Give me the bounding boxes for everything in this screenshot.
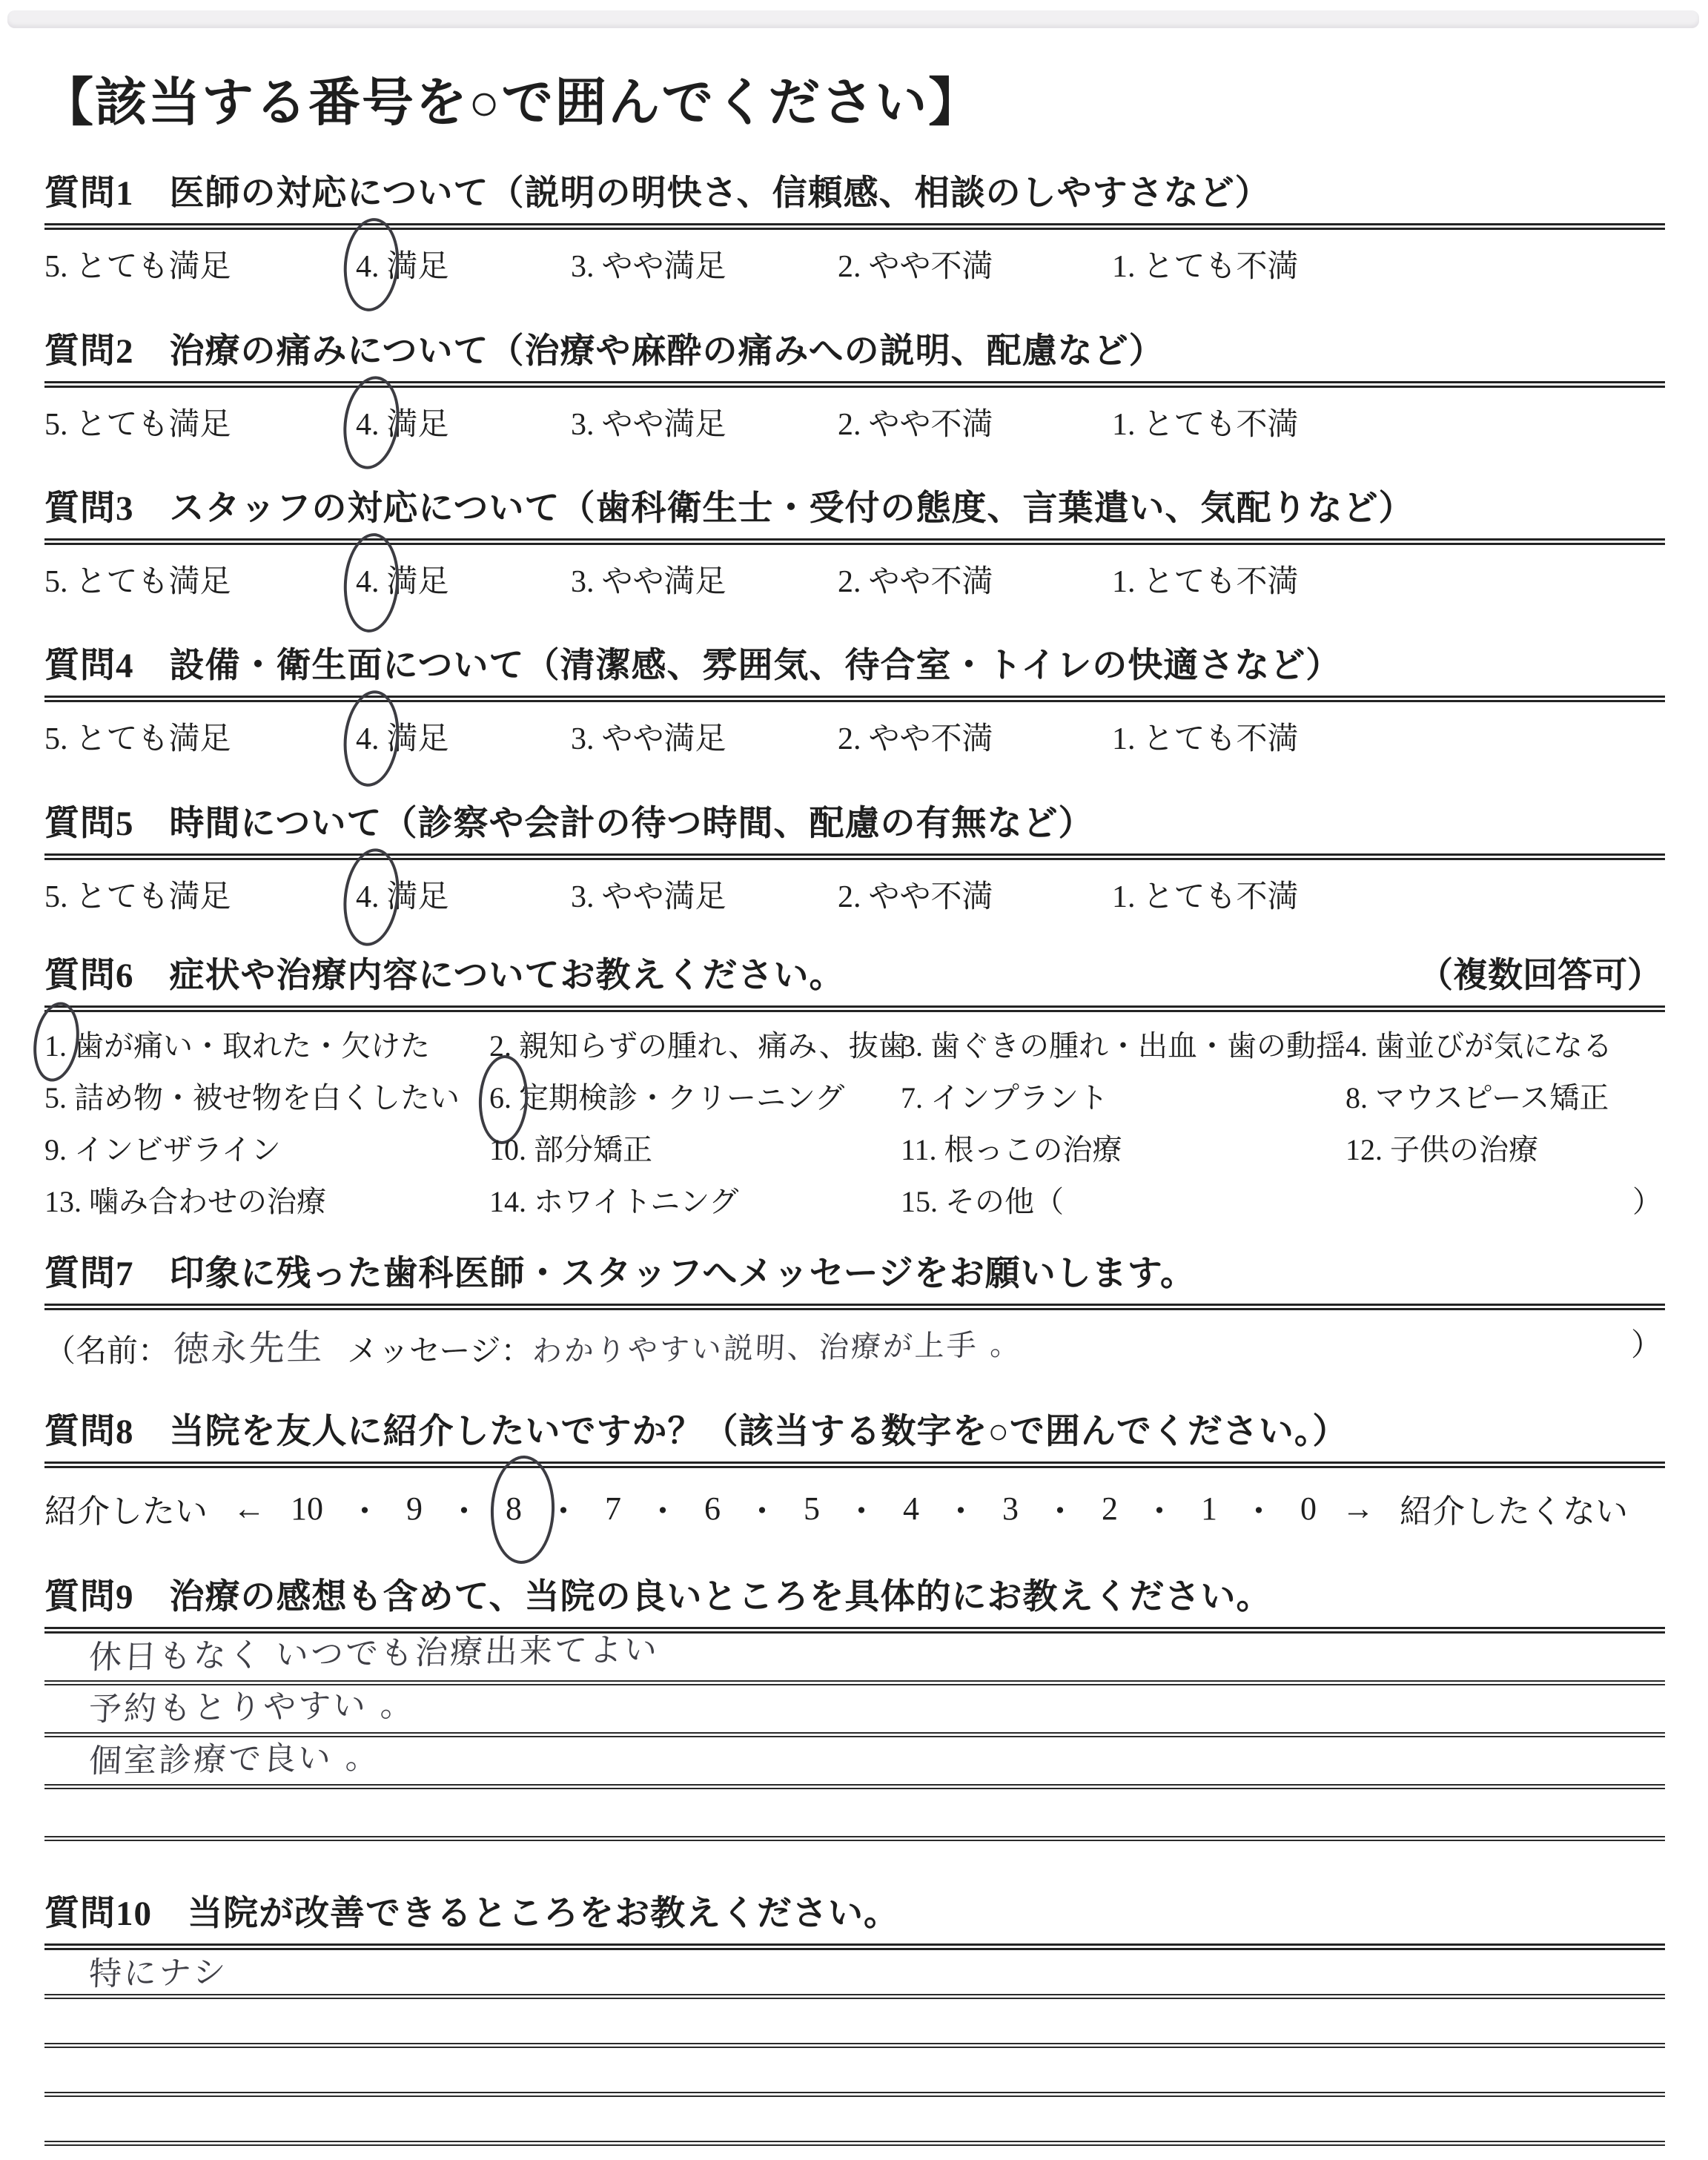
- question-6-note: （複数回答可）: [1418, 955, 1662, 997]
- option-label: とても不満: [1143, 408, 1299, 442]
- q9-handwriting-2: 予約もとりやすい 。: [88, 1681, 416, 1734]
- separator-line: [44, 538, 1665, 545]
- option-number: 1.: [1112, 250, 1136, 284]
- q7-message-handwriting: わかりやすい説明、治療が上手 。: [531, 1321, 1022, 1370]
- dot-separator: ・: [646, 1484, 679, 1532]
- q8-number-6: 6: [704, 1490, 721, 1527]
- option-number: 1.: [1112, 408, 1136, 442]
- dot-separator: ・: [1044, 1484, 1076, 1532]
- option-1: 1.とても不満: [1112, 714, 1299, 759]
- dot-separator: ・: [845, 1484, 878, 1532]
- option-label: とても満足: [76, 250, 231, 284]
- option-3: 3.やや満足: [571, 400, 726, 444]
- option-number: 6.: [489, 1081, 512, 1114]
- q8-number-7: 7: [605, 1490, 621, 1527]
- q8-number-10: 10: [291, 1490, 323, 1527]
- option-4-circled: 4.満足: [356, 714, 449, 759]
- q6-option-13: 13.噛み合わせの治療: [44, 1178, 326, 1221]
- option-label: とても不満: [1143, 880, 1299, 914]
- option-number: 15.: [901, 1185, 938, 1218]
- q6-option-1-circled: 1.歯が痛い・取れた・欠けた: [44, 1023, 430, 1065]
- q6-option-6-circled: 6.定期検診・クリーニング: [489, 1074, 844, 1117]
- option-number: 5.: [44, 1081, 67, 1114]
- question-6-options: 1.歯が痛い・取れた・欠けた 2.親知らずの腫れ、痛み、抜歯 3.歯ぐきの腫れ・…: [44, 1023, 1665, 1230]
- option-number: 4.: [356, 408, 380, 442]
- option-number: 4.: [356, 722, 380, 756]
- option-label: 満足: [387, 408, 449, 442]
- q8-number-5: 5: [804, 1490, 820, 1527]
- q9-answer-line-3: 個室診療で良い 。: [44, 1737, 1665, 1789]
- question-7: 質問7 印象に残った歯科医師・スタッフへメッセージをお願いします。 （名前：徳永…: [44, 1253, 1665, 1373]
- q6-option-5: 5.詰め物・被せ物を白くしたい: [44, 1074, 460, 1117]
- option-4-circled: 4.満足: [356, 872, 449, 916]
- option-number: 13.: [44, 1185, 82, 1218]
- dot-separator: ・: [348, 1484, 381, 1532]
- option-label: やや不満: [869, 722, 993, 756]
- option-number: 7.: [901, 1081, 923, 1114]
- separator-line: [44, 1005, 1665, 1012]
- question-8-scale: 紹介したい ← 10 ・ 9 ・ 8 ・ 7 ・ 6 ・ 5 ・ 4 ・ 3 ・…: [44, 1482, 1665, 1535]
- option-number: 5.: [44, 565, 68, 599]
- option-number: 4.: [1345, 1029, 1368, 1063]
- dot-separator: ・: [746, 1484, 778, 1532]
- separator-line: [44, 696, 1665, 702]
- question-8: 質問8 当院を友人に紹介したいですか？（該当する数字を○で囲んでください。） 紹…: [44, 1411, 1665, 1535]
- option-number: 1.: [1112, 880, 1136, 914]
- option-label: とても不満: [1143, 565, 1299, 599]
- q6-option-3: 3.歯ぐきの腫れ・出血・歯の動揺: [901, 1023, 1345, 1065]
- option-label: 根っこの治療: [944, 1133, 1122, 1166]
- q10-answer-line-2: [44, 1999, 1665, 2048]
- question-3: 質問3 スタッフの対応について（歯科衛生士・受付の態度、言葉遣い、気配りなど） …: [44, 488, 1665, 604]
- q6-option-12: 12.子供の治療: [1345, 1126, 1538, 1169]
- survey-form-page: 【該当する番号を○で囲んでください】 質問1 医師の対応について（説明の明快さ、…: [0, 0, 1708, 2160]
- option-1: 1.とても不満: [1112, 242, 1299, 286]
- option-number: 3.: [901, 1029, 923, 1063]
- question-2: 質問2 治療の痛みについて（治療や麻酔の痛みへの説明、配慮など） 5.とても満足…: [44, 331, 1665, 447]
- q8-left-label: 紹介したい: [44, 1484, 208, 1532]
- option-number: 4.: [356, 250, 380, 284]
- question-3-options: 5.とても満足 4.満足 3.やや満足 2.やや不満 1.とても不満: [44, 557, 1665, 604]
- q9-handwriting-1: 休日もなく いつでも治療出来てよい: [88, 1625, 660, 1682]
- option-number: 8.: [1345, 1081, 1368, 1114]
- question-7-answer-row: （名前：徳永先生メッセージ：わかりやすい説明、治療が上手 。 ）: [44, 1321, 1665, 1373]
- option-number: 2.: [838, 408, 861, 442]
- q9-answer-line-1: 休日もなく いつでも治療出来てよい: [44, 1634, 1665, 1685]
- option-label: とても満足: [76, 408, 231, 442]
- q8-number-8: 8: [506, 1490, 522, 1527]
- handwritten-circle: [489, 1454, 556, 1565]
- option-number: 4.: [356, 880, 380, 914]
- option-3: 3.やや満足: [571, 872, 726, 916]
- option-label: 歯ぐきの腫れ・出血・歯の動揺: [930, 1029, 1345, 1063]
- option-2: 2.やや不満: [838, 557, 993, 601]
- q7-close-paren: ）: [1631, 1321, 1662, 1365]
- option-number: 2.: [838, 722, 861, 756]
- option-3: 3.やや満足: [571, 714, 726, 759]
- q6-option-4: 4.歯並びが気になる: [1345, 1023, 1612, 1065]
- q7-message-label: メッセージ：: [347, 1335, 532, 1369]
- option-number: 2.: [838, 880, 861, 914]
- option-number: 11.: [901, 1133, 937, 1166]
- q8-number-2: 2: [1102, 1490, 1118, 1527]
- scan-edge-artifact: [7, 10, 1699, 28]
- option-4-circled: 4.満足: [356, 557, 449, 601]
- q6-row-3: 9.インビザライン 10.部分矯正 11.根っこの治療 12.子供の治療: [44, 1126, 1665, 1178]
- q8-number-1: 1: [1201, 1490, 1217, 1527]
- q7-name-label: （名前：: [44, 1335, 169, 1369]
- option-label: 噛み合わせの治療: [89, 1185, 326, 1218]
- option-5: 5.とても満足: [44, 400, 231, 444]
- q10-answer-line-3: [44, 2048, 1665, 2097]
- option-number: 1.: [1112, 722, 1136, 756]
- separator-line: [44, 381, 1665, 388]
- q7-name-handwriting: 徳永先生: [173, 1318, 326, 1372]
- option-label: インビザライン: [74, 1133, 281, 1166]
- option-3: 3.やや満足: [571, 242, 726, 286]
- option-label: やや満足: [602, 408, 726, 442]
- option-5: 5.とても満足: [44, 242, 231, 286]
- option-number: 3.: [571, 880, 595, 914]
- option-2: 2.やや不満: [838, 872, 993, 916]
- question-5-options: 5.とても満足 4.満足 3.やや満足 2.やや不満 1.とても不満: [44, 872, 1665, 919]
- option-label: ホワイトニング: [534, 1185, 738, 1218]
- option-number: 10.: [489, 1133, 526, 1166]
- option-label: とても満足: [76, 565, 231, 599]
- question-1: 質問1 医師の対応について（説明の明快さ、信頼感、相談のしやすさなど） 5.とて…: [44, 173, 1665, 289]
- q6-option-9: 9.インビザライン: [44, 1126, 281, 1169]
- option-number: 3.: [571, 408, 595, 442]
- q6-row-1: 1.歯が痛い・取れた・欠けた 2.親知らずの腫れ、痛み、抜歯 3.歯ぐきの腫れ・…: [44, 1023, 1665, 1074]
- right-arrow-icon: →: [1342, 1490, 1374, 1527]
- question-9: 質問9 治療の感想も含めて、当院の良いところを具体的にお教えください。 休日もな…: [44, 1576, 1665, 1841]
- q10-answer-line-1: 特にナシ: [44, 1950, 1665, 1999]
- option-number: 5.: [44, 880, 68, 914]
- option-label: とても不満: [1143, 722, 1299, 756]
- option-number: 1.: [44, 1029, 67, 1063]
- option-1: 1.とても不満: [1112, 557, 1299, 601]
- option-label: とても満足: [76, 880, 231, 914]
- question-5-heading: 質問5 時間について（診察や会計の待つ時間、配慮の有無など）: [44, 803, 1665, 845]
- option-label: やや不満: [869, 880, 993, 914]
- question-7-heading: 質問7 印象に残った歯科医師・スタッフへメッセージをお願いします。: [44, 1253, 1665, 1295]
- q6-option-2: 2.親知らずの腫れ、痛み、抜歯: [489, 1023, 908, 1065]
- q8-right-label: 紹介したくない: [1400, 1484, 1628, 1532]
- option-label: とても不満: [1143, 250, 1299, 284]
- q8-number-4: 4: [903, 1490, 919, 1527]
- option-label: 歯並びが気になる: [1375, 1029, 1612, 1063]
- option-number: 1.: [1112, 565, 1136, 599]
- option-number: 4.: [356, 565, 380, 599]
- q6-option-15-other: 15.その他（: [901, 1178, 1064, 1221]
- option-label: 部分矯正: [534, 1133, 652, 1166]
- option-label: 満足: [387, 250, 449, 284]
- option-label: 詰め物・被せ物を白くしたい: [74, 1081, 460, 1114]
- q9-answer-line-4: [44, 1789, 1665, 1841]
- option-label: やや満足: [602, 880, 726, 914]
- option-label: 満足: [387, 880, 449, 914]
- option-number: 14.: [489, 1185, 526, 1218]
- question-10-heading: 質問10 当院が改善できるところをお教えください。: [44, 1893, 1665, 1935]
- option-number: 2.: [489, 1029, 512, 1063]
- dot-separator: ・: [448, 1484, 480, 1532]
- option-number: 3.: [571, 565, 595, 599]
- option-1: 1.とても不満: [1112, 400, 1299, 444]
- q6-option-11: 11.根っこの治療: [901, 1126, 1122, 1169]
- q9-answer-line-2: 予約もとりやすい 。: [44, 1685, 1665, 1737]
- option-1: 1.とても不満: [1112, 872, 1299, 916]
- q6-option-14: 14.ホワイトニング: [489, 1178, 738, 1221]
- question-2-options: 5.とても満足 4.満足 3.やや満足 2.やや不満 1.とても不満: [44, 400, 1665, 447]
- question-1-options: 5.とても満足 4.満足 3.やや満足 2.やや不満 1.とても不満: [44, 242, 1665, 289]
- option-number: 2.: [838, 565, 861, 599]
- q6-option-7: 7.インプラント: [901, 1074, 1108, 1117]
- dot-separator: ・: [1143, 1484, 1176, 1532]
- option-label: 子供の治療: [1390, 1133, 1538, 1166]
- option-2: 2.やや不満: [838, 242, 993, 286]
- question-1-heading: 質問1 医師の対応について（説明の明快さ、信頼感、相談のしやすさなど）: [44, 173, 1665, 214]
- separator-line: [44, 1304, 1665, 1310]
- option-5: 5.とても満足: [44, 714, 231, 759]
- q8-number-0: 0: [1300, 1490, 1317, 1527]
- dot-separator: ・: [1242, 1484, 1275, 1532]
- separator-line: [44, 1943, 1665, 1950]
- q6-row-4: 13.噛み合わせの治療 14.ホワイトニング 15.その他（ ）: [44, 1178, 1665, 1230]
- q6-option-10: 10.部分矯正: [489, 1126, 652, 1169]
- option-number: 12.: [1345, 1133, 1383, 1166]
- q8-number-8-circled: 8: [506, 1490, 522, 1527]
- option-label: やや満足: [602, 565, 726, 599]
- option-2: 2.やや不満: [838, 400, 993, 444]
- option-label: 歯が痛い・取れた・欠けた: [74, 1029, 430, 1063]
- question-3-heading: 質問3 スタッフの対応について（歯科衛生士・受付の態度、言葉遣い、気配りなど）: [44, 488, 1665, 529]
- option-number: 3.: [571, 722, 595, 756]
- question-4-options: 5.とても満足 4.満足 3.やや満足 2.やや不満 1.とても不満: [44, 714, 1665, 762]
- q6-option-8: 8.マウスピース矯正: [1345, 1074, 1609, 1117]
- separator-line: [44, 223, 1665, 230]
- option-3: 3.やや満足: [571, 557, 726, 601]
- option-number: 9.: [44, 1133, 67, 1166]
- question-4: 質問4 設備・衛生面について（清潔感、雰囲気、待合室・トイレの快適さなど） 5.…: [44, 645, 1665, 762]
- option-label: 親知らずの腫れ、痛み、抜歯: [519, 1029, 908, 1063]
- option-label: 定期検診・クリーニング: [519, 1081, 844, 1114]
- option-label: やや不満: [869, 408, 993, 442]
- option-label: 満足: [387, 565, 449, 599]
- q6-row-2: 5.詰め物・被せ物を白くしたい 6.定期検診・クリーニング 7.インプラント 8…: [44, 1074, 1665, 1126]
- q9-handwriting-3: 個室診療で良い 。: [88, 1733, 381, 1786]
- q10-answer-line-4: [44, 2097, 1665, 2146]
- question-4-heading: 質問4 設備・衛生面について（清潔感、雰囲気、待合室・トイレの快適さなど）: [44, 645, 1665, 687]
- option-label: やや満足: [602, 250, 726, 284]
- question-10: 質問10 当院が改善できるところをお教えください。 特にナシ: [44, 1893, 1665, 2146]
- option-number: 5.: [44, 250, 68, 284]
- q6-other-close-paren: ）: [1632, 1178, 1662, 1221]
- dot-separator: ・: [547, 1484, 580, 1532]
- question-8-heading: 質問8 当院を友人に紹介したいですか？（該当する数字を○で囲んでください。）: [44, 1411, 1665, 1453]
- q8-number-3: 3: [1002, 1490, 1019, 1527]
- option-label: マウスピース矯正: [1375, 1081, 1609, 1114]
- question-6: 質問6 症状や治療内容についてお教えください。 （複数回答可） 1.歯が痛い・取…: [44, 955, 1665, 1230]
- option-4-circled: 4.満足: [356, 242, 449, 286]
- option-5: 5.とても満足: [44, 557, 231, 601]
- question-9-heading: 質問9 治療の感想も含めて、当院の良いところを具体的にお教えください。: [44, 1576, 1665, 1618]
- separator-line: [44, 1462, 1665, 1468]
- option-number: 5.: [44, 408, 68, 442]
- q8-number-9: 9: [406, 1490, 423, 1527]
- option-label: とても満足: [76, 722, 231, 756]
- option-label: インプラント: [930, 1081, 1108, 1114]
- question-5: 質問5 時間について（診察や会計の待つ時間、配慮の有無など） 5.とても満足 4…: [44, 803, 1665, 919]
- form-title: 【該当する番号を○で囲んでください】: [42, 61, 982, 136]
- option-label: その他（: [945, 1185, 1064, 1218]
- option-label: 満足: [387, 722, 449, 756]
- dot-separator: ・: [944, 1484, 977, 1532]
- option-label: やや満足: [602, 722, 726, 756]
- option-label: やや不満: [869, 250, 993, 284]
- left-arrow-icon: ←: [233, 1490, 265, 1527]
- option-4-circled: 4.満足: [356, 400, 449, 444]
- option-number: 5.: [44, 722, 68, 756]
- separator-line: [44, 853, 1665, 860]
- q10-handwriting-1: 特にナシ: [88, 1948, 229, 1999]
- option-5: 5.とても満足: [44, 872, 231, 916]
- option-2: 2.やや不満: [838, 714, 993, 759]
- option-number: 3.: [571, 250, 595, 284]
- option-label: やや不満: [869, 565, 993, 599]
- option-number: 2.: [838, 250, 861, 284]
- question-2-heading: 質問2 治療の痛みについて（治療や麻酔の痛みへの説明、配慮など）: [44, 331, 1665, 372]
